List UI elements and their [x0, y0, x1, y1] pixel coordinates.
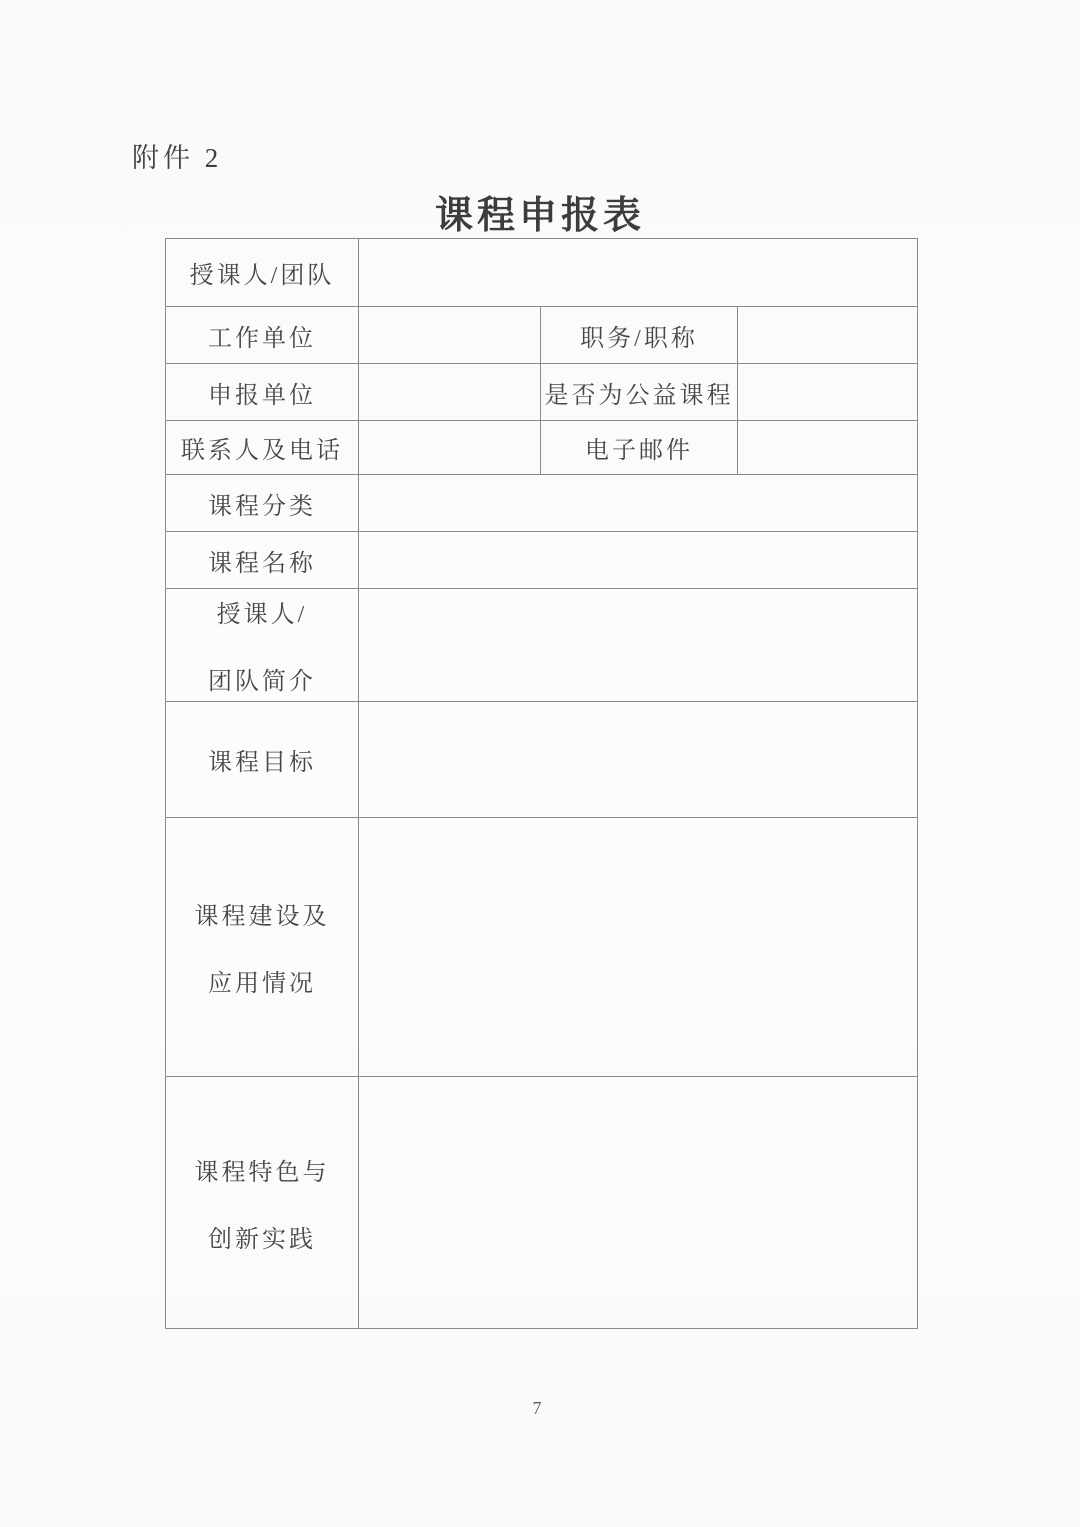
- label-public-welfare-course: 是否为公益课程: [541, 364, 738, 421]
- label-email: 电子邮件: [541, 421, 738, 475]
- label-course-features-line1: 课程特色与: [166, 1152, 358, 1187]
- value-instructor-team: [359, 239, 918, 307]
- label-instructor-team: 授课人/团队: [166, 239, 359, 307]
- value-email: [738, 421, 918, 475]
- form-title: 课程申报表: [0, 184, 1080, 239]
- label-course-objectives: 课程目标: [166, 702, 359, 818]
- table-row-instructor-intro: 授课人/ 团队简介: [166, 589, 918, 702]
- table-row-work-unit: 工作单位 职务/职称: [166, 307, 918, 364]
- table-row-course-name: 课程名称: [166, 532, 918, 589]
- table-row-contact-phone: 联系人及电话 电子邮件: [166, 421, 918, 475]
- label-course-construction-line2: 应用情况: [166, 963, 358, 998]
- value-course-features: [359, 1077, 918, 1329]
- label-course-features: 课程特色与 创新实践: [166, 1077, 359, 1329]
- table-row-course-category: 课程分类: [166, 475, 918, 532]
- value-course-name: [359, 532, 918, 589]
- value-contact-phone: [359, 421, 541, 475]
- value-course-construction: [359, 818, 918, 1077]
- label-applying-unit: 申报单位: [166, 364, 359, 421]
- table-row-course-construction: 课程建设及 应用情况: [166, 818, 918, 1077]
- label-course-name: 课程名称: [166, 532, 359, 589]
- course-application-table: 授课人/团队 工作单位 职务/职称 申报单位 是否为公益课程 联系人及电话 电子…: [165, 238, 918, 1329]
- label-instructor-intro-line1: 授课人/: [166, 594, 358, 629]
- table-row-course-objectives: 课程目标: [166, 702, 918, 818]
- label-contact-phone: 联系人及电话: [166, 421, 359, 475]
- label-course-construction-line1: 课程建设及: [166, 896, 358, 931]
- label-instructor-intro: 授课人/ 团队简介: [166, 589, 359, 702]
- label-position-title: 职务/职称: [541, 307, 738, 364]
- value-applying-unit: [359, 364, 541, 421]
- value-course-objectives: [359, 702, 918, 818]
- value-work-unit: [359, 307, 541, 364]
- label-course-category: 课程分类: [166, 475, 359, 532]
- label-work-unit: 工作单位: [166, 307, 359, 364]
- table-row-applying-unit: 申报单位 是否为公益课程: [166, 364, 918, 421]
- table-row-course-features: 课程特色与 创新实践: [166, 1077, 918, 1329]
- value-position-title: [738, 307, 918, 364]
- attachment-label: 附件 2: [132, 136, 222, 175]
- page-number: 7: [0, 1398, 1074, 1419]
- value-public-welfare-course: [738, 364, 918, 421]
- value-instructor-intro: [359, 589, 918, 702]
- table-row-instructor-team: 授课人/团队: [166, 239, 918, 307]
- label-instructor-intro-line2: 团队简介: [166, 661, 358, 696]
- value-course-category: [359, 475, 918, 532]
- document-page: 附件 2 课程申报表 授课人/团队 工作单位 职务/职称 申报单位 是否为公益: [0, 0, 1080, 1527]
- label-course-features-line2: 创新实践: [166, 1219, 358, 1254]
- label-course-construction: 课程建设及 应用情况: [166, 818, 359, 1077]
